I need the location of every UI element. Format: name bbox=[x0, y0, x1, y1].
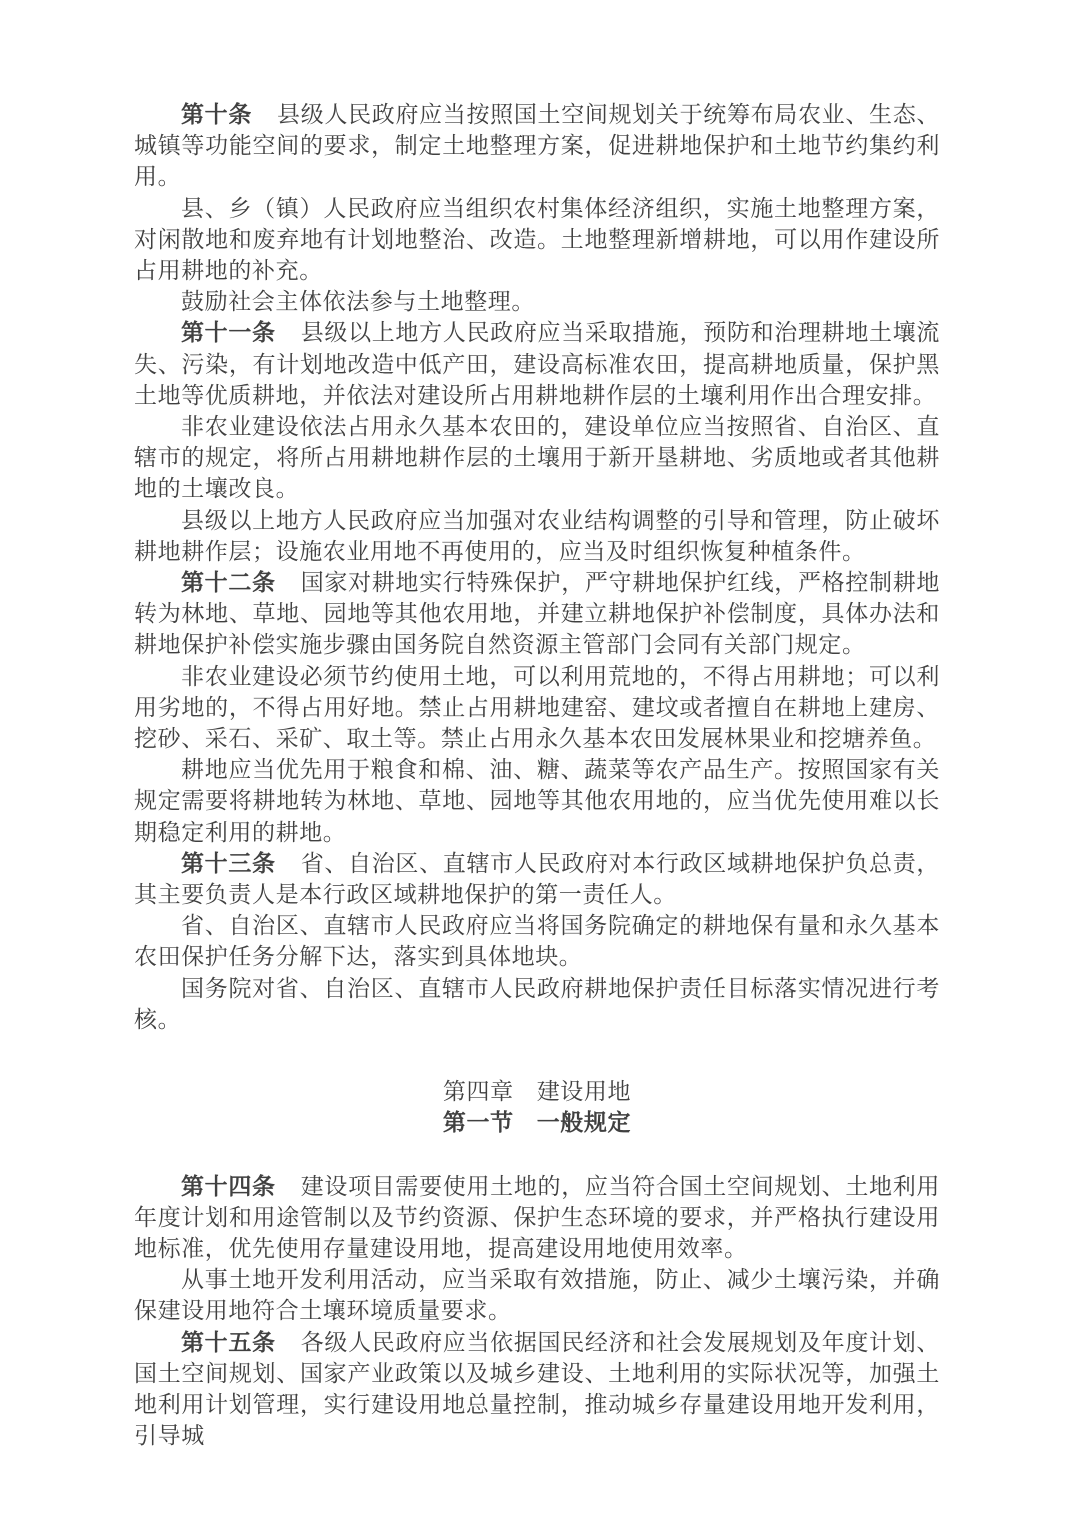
law-paragraph: 第十三条省、自治区、直辖市人民政府对本行政区域耕地保护负总责，其主要负责人是本行… bbox=[134, 848, 940, 910]
paragraph-text: 耕地应当优先用于粮食和棉、油、糖、蔬菜等农产品生产。按照国家有关规定需要将耕地转… bbox=[134, 757, 940, 844]
article-number: 第十五条 bbox=[181, 1330, 276, 1355]
law-paragraph: 第十条县级人民政府应当按照国土空间规划关于统筹布局农业、生态、城镇等功能空间的要… bbox=[134, 99, 940, 193]
law-paragraph: 第十四条建设项目需要使用土地的，应当符合国土空间规划、土地利用年度计划和用途管制… bbox=[134, 1171, 940, 1265]
article-number: 第十三条 bbox=[181, 851, 276, 876]
document-text-block: 第十条县级人民政府应当按照国土空间规划关于统筹布局农业、生态、城镇等功能空间的要… bbox=[134, 99, 940, 1451]
law-paragraph: 从事土地开发利用活动，应当采取有效措施，防止、减少土壤污染，并确保建设用地符合土… bbox=[134, 1264, 940, 1326]
law-paragraph: 县、乡（镇）人民政府应当组织农村集体经济组织，实施土地整理方案，对闲散地和废弃地… bbox=[134, 193, 940, 287]
law-paragraph: 县级以上地方人民政府应当加强对农业结构调整的引导和管理，防止破坏耕地耕作层；设施… bbox=[134, 505, 940, 567]
law-paragraph: 第十二条国家对耕地实行特殊保护，严守耕地保护红线，严格控制耕地转为林地、草地、园… bbox=[134, 567, 940, 661]
section-heading: 第一节一般规定 bbox=[134, 1107, 940, 1138]
law-paragraph: 鼓励社会主体依法参与土地整理。 bbox=[134, 286, 940, 317]
law-paragraph: 第十五条各级人民政府应当依据国民经济和社会发展规划及年度计划、国土空间规划、国家… bbox=[134, 1327, 940, 1452]
law-paragraph: 非农业建设必须节约使用土地，可以利用荒地的，不得占用耕地；可以利用劣地的，不得占… bbox=[134, 661, 940, 755]
law-paragraph: 非农业建设依法占用永久基本农田的，建设单位应当按照省、自治区、直辖市的规定，将所… bbox=[134, 411, 940, 505]
paragraph-text: 县级人民政府应当按照国土空间规划关于统筹布局农业、生态、城镇等功能空间的要求，制… bbox=[134, 102, 940, 189]
chapter-heading: 第四章建设用地 bbox=[134, 1076, 940, 1107]
section-number: 第一节 bbox=[443, 1110, 514, 1135]
article-number: 第十二条 bbox=[181, 570, 276, 595]
chapter-section-headings: 第四章建设用地 第一节一般规定 bbox=[134, 1076, 940, 1138]
chapter-title: 建设用地 bbox=[537, 1079, 631, 1104]
law-paragraph: 国务院对省、自治区、直辖市人民政府耕地保护责任目标落实情况进行考核。 bbox=[134, 973, 940, 1035]
chapter-number: 第四章 bbox=[443, 1079, 514, 1104]
paragraph-text: 县级以上地方人民政府应当加强对农业结构调整的引导和管理，防止破坏耕地耕作层；设施… bbox=[134, 508, 940, 564]
paragraph-text: 鼓励社会主体依法参与土地整理。 bbox=[181, 289, 535, 314]
paragraph-text: 省、自治区、直辖市人民政府应当将国务院确定的耕地保有量和永久基本农田保护任务分解… bbox=[134, 913, 940, 969]
paragraph-text: 非农业建设必须节约使用土地，可以利用荒地的，不得占用耕地；可以利用劣地的，不得占… bbox=[134, 664, 940, 751]
document-page: 第十条县级人民政府应当按照国土空间规划关于统筹布局农业、生态、城镇等功能空间的要… bbox=[0, 0, 1074, 1520]
paragraph-text: 从事土地开发利用活动，应当采取有效措施，防止、减少土壤污染，并确保建设用地符合土… bbox=[134, 1267, 940, 1323]
paragraph-text: 国务院对省、自治区、直辖市人民政府耕地保护责任目标落实情况进行考核。 bbox=[134, 976, 940, 1032]
law-paragraph: 省、自治区、直辖市人民政府应当将国务院确定的耕地保有量和永久基本农田保护任务分解… bbox=[134, 910, 940, 972]
article-number: 第十条 bbox=[181, 102, 252, 127]
law-paragraph: 耕地应当优先用于粮食和棉、油、糖、蔬菜等农产品生产。按照国家有关规定需要将耕地转… bbox=[134, 754, 940, 848]
article-number: 第十四条 bbox=[181, 1174, 276, 1199]
article-number: 第十一条 bbox=[181, 320, 276, 345]
paragraph-text: 县、乡（镇）人民政府应当组织农村集体经济组织，实施土地整理方案，对闲散地和废弃地… bbox=[134, 196, 940, 283]
law-paragraph: 第十一条县级以上地方人民政府应当采取措施，预防和治理耕地土壤流失、污染，有计划地… bbox=[134, 317, 940, 411]
section-title: 一般规定 bbox=[537, 1110, 631, 1135]
paragraph-text: 非农业建设依法占用永久基本农田的，建设单位应当按照省、自治区、直辖市的规定，将所… bbox=[134, 414, 940, 501]
